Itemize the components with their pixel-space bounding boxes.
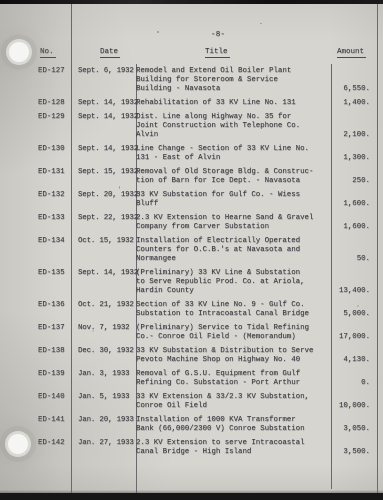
record-title: (Preliminary) Service to Tidal Refining … — [136, 324, 331, 342]
record-number: ED-128 — [0, 99, 72, 108]
record-amount: 6,550. — [331, 85, 377, 94]
record-date: Sept. 14, 1932 — [72, 99, 136, 108]
table-row: ED-136 Oct. 21, 1932 Section of 33 KV Li… — [0, 301, 377, 319]
table-row: ED-142 Jan. 27, 1933 2.3 KV Extension to… — [0, 439, 377, 457]
record-amount: 5,000. — [331, 310, 377, 319]
scanned-document-page: -8- No. Date Title Amount ED-127 Sept. 6… — [0, 0, 383, 500]
record-title: Removal of Old Storage Bldg. & Construc-… — [136, 168, 331, 186]
record-title: Installation of 1000 KVA Transformer Ban… — [136, 416, 331, 434]
record-title: Dist. Line along Highway No. 35 for Join… — [136, 113, 331, 140]
column-header-date: Date — [100, 48, 120, 58]
record-number: ED-139 — [0, 370, 72, 388]
record-date: Jan. 3, 1933 — [72, 370, 136, 388]
record-amount: 3,050. — [331, 425, 377, 434]
record-title: Rehabilitation of 33 KV Line No. 131 — [136, 99, 331, 108]
table-row: ED-131 Sept. 15, 1932 Removal of Old Sto… — [0, 168, 377, 186]
record-title: Remodel and Extend Oil Boiler Plant Buil… — [136, 67, 331, 94]
record-number: ED-140 — [0, 393, 72, 411]
table-row: ED-139 Jan. 3, 1933 Removal of G.S.U. Eq… — [0, 370, 377, 388]
record-title: Installation of Electrically Operated Co… — [136, 237, 331, 264]
record-date: Sept. 14, 1932 — [72, 145, 136, 163]
record-number: ED-127 — [0, 67, 72, 94]
record-number: ED-134 — [0, 237, 72, 264]
record-title: 2.3 KV Extension to serve Intracoastal C… — [136, 439, 331, 457]
scan-speck — [157, 31, 159, 33]
scan-edge-bottom — [0, 493, 383, 500]
record-date: Nov. 7, 1932 — [72, 324, 136, 342]
record-number: ED-135 — [0, 269, 72, 296]
table-row: ED-128 Sept. 14, 1932 Rehabilitation of … — [0, 99, 377, 108]
record-title: 33 KV Substation for Gulf Co. - Wiess Bl… — [136, 191, 331, 209]
record-date: Sept. 6, 1932 — [72, 67, 136, 94]
record-amount: 1,300. — [331, 154, 377, 163]
record-date: Sept. 20, 1932 — [72, 191, 136, 209]
record-title: (Preliminary) 33 KV Line & Substation to… — [136, 269, 331, 296]
record-date: Sept. 15, 1932 — [72, 168, 136, 186]
record-amount: 1,600. — [331, 223, 377, 232]
record-date: Sept. 14, 1932 — [72, 269, 136, 296]
record-amount: 50. — [331, 255, 377, 264]
record-date: Jan. 5, 1933 — [72, 393, 136, 411]
record-title: 33 KV Substation & Distribution to Serve… — [136, 347, 331, 365]
table-row: ED-134 Oct. 15, 1932 Installation of Ele… — [0, 237, 377, 264]
record-amount: 3,500. — [331, 448, 377, 457]
record-number: ED-130 — [0, 145, 72, 163]
table-row: ED-141 Jan. 20, 1933 Installation of 100… — [0, 416, 377, 434]
record-date: Jan. 27, 1933 — [72, 439, 136, 457]
record-amount: 13,400. — [331, 287, 377, 296]
table-row: ED-140 Jan. 5, 1933 33 KV Extension & 33… — [0, 393, 377, 411]
record-title: 2.3 KV Extension to Hearne Sand & Gravel… — [136, 214, 331, 232]
record-amount: 250. — [331, 177, 377, 186]
record-number: ED-138 — [0, 347, 72, 365]
table-row: ED-133 Sept. 22, 1932 2.3 KV Extension t… — [0, 214, 377, 232]
record-number: ED-136 — [0, 301, 72, 319]
record-amount: 10,000. — [331, 402, 377, 411]
record-date: Dec. 30, 1932 — [72, 347, 136, 365]
record-amount: 1,600. — [331, 200, 377, 209]
record-title: Section of 33 KV Line No. 9 - Gulf Co. S… — [136, 301, 331, 319]
record-date: Sept. 22, 1932 — [72, 214, 136, 232]
page-number: -8- — [211, 31, 225, 39]
record-number: ED-129 — [0, 113, 72, 140]
record-amount: 2,100. — [331, 131, 377, 140]
record-title: 33 KV Extension & 33/2.3 KV Substation, … — [136, 393, 331, 411]
table-body: ED-127 Sept. 6, 1932 Remodel and Extend … — [0, 67, 377, 462]
record-number: ED-141 — [0, 416, 72, 434]
record-number: ED-132 — [0, 191, 72, 209]
column-header-amount: Amount — [337, 48, 366, 58]
scan-edge-top — [0, 0, 383, 4]
column-header-title: Title — [205, 48, 230, 58]
record-amount: 1,400. — [331, 99, 377, 108]
table-row: ED-130 Sept. 14, 1932 Line Change - Sect… — [0, 145, 377, 163]
scan-speck — [260, 23, 262, 24]
table-row: ED-138 Dec. 30, 1932 33 KV Substation & … — [0, 347, 377, 365]
record-number: ED-133 — [0, 214, 72, 232]
table-row: ED-127 Sept. 6, 1932 Remodel and Extend … — [0, 67, 377, 94]
record-title: Line Change - Section of 33 KV Line No. … — [136, 145, 331, 163]
record-number: ED-137 — [0, 324, 72, 342]
record-title: Removal of G.S.U. Equipment from Gulf Re… — [136, 370, 331, 388]
record-amount: 4,130. — [331, 356, 377, 365]
record-date: Oct. 15, 1932 — [72, 237, 136, 264]
record-amount: 0. — [331, 379, 377, 388]
column-header-no: No. — [40, 48, 56, 58]
record-number: ED-131 — [0, 168, 72, 186]
punch-hole-top — [9, 42, 29, 62]
table-row: ED-135 Sept. 14, 1932 (Preliminary) 33 K… — [0, 269, 377, 296]
table-row: ED-129 Sept. 14, 1932 Dist. Line along H… — [0, 113, 377, 140]
record-date: Oct. 21, 1932 — [72, 301, 136, 319]
record-date: Sept. 14, 1932 — [72, 113, 136, 140]
column-rule-right — [377, 4, 378, 493]
table-row: ED-137 Nov. 7, 1932 (Preliminary) Servic… — [0, 324, 377, 342]
table-row: ED-132 Sept. 20, 1932 33 KV Substation f… — [0, 191, 377, 209]
punch-hole-bottom — [8, 434, 28, 454]
record-amount: 17,000. — [331, 333, 377, 342]
record-date: Jan. 20, 1933 — [72, 416, 136, 434]
